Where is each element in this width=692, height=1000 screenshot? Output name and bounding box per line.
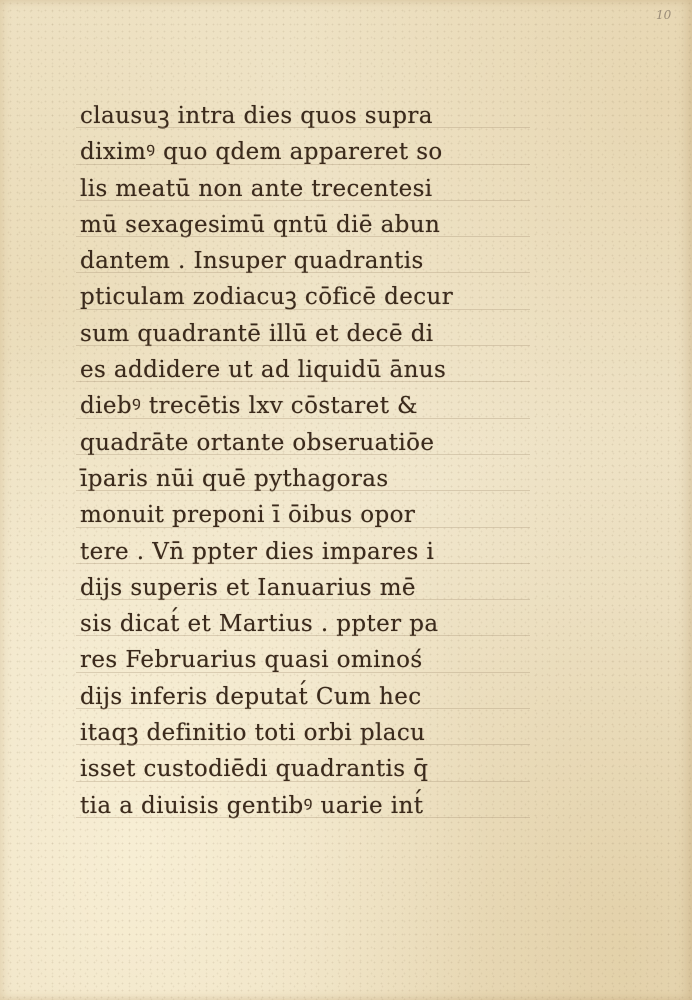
text-line: res Februarius quasi ominoś <box>80 642 530 678</box>
manuscript-page: 10 clausuꝫ intra dies quos supra diximꝰ … <box>0 0 692 1000</box>
text-line: diximꝰ quo qdem appareret so <box>80 134 530 170</box>
text-line: dijs superis et Ianuarius mē <box>80 570 530 606</box>
text-line: sis dicat́ et Martius . ppter pa <box>80 606 530 642</box>
text-line: es addidere ut ad liquidū ānus <box>80 352 530 388</box>
text-line: lis meatū non ante trecentesi <box>80 171 530 207</box>
text-line: tia a diuisis gentibꝰ uarie int́ <box>80 788 530 824</box>
text-line: īparis nūi quē pythagoras <box>80 461 530 497</box>
text-line: diebꝰ trecētis lxv cōstaret & <box>80 388 530 424</box>
text-line: clausuꝫ intra dies quos supra <box>80 98 530 134</box>
text-line: dijs inferis deputat́ Cum hec <box>80 679 530 715</box>
folio-number: 10 <box>656 8 671 22</box>
text-line: dantem . Insuper quadrantis <box>80 243 530 279</box>
text-line: isset custodiēdi quadrantis q̄ <box>80 751 530 787</box>
text-block: clausuꝫ intra dies quos supra diximꝰ quo… <box>80 98 530 824</box>
text-line: itaqꝫ definitio toti orbi placu <box>80 715 530 751</box>
text-line: quadrāte ortante obseruatiōe <box>80 425 530 461</box>
text-line: monuit preponi ī ōibus opor <box>80 497 530 533</box>
text-line: tere . Vn̄ ppter dies impares i <box>80 534 530 570</box>
text-line: mū sexagesimū qntū diē abun <box>80 207 530 243</box>
text-line: sum quadrantē illū et decē di <box>80 316 530 352</box>
text-line: pticulam zodiacuꝫ cōficē decur <box>80 279 530 315</box>
